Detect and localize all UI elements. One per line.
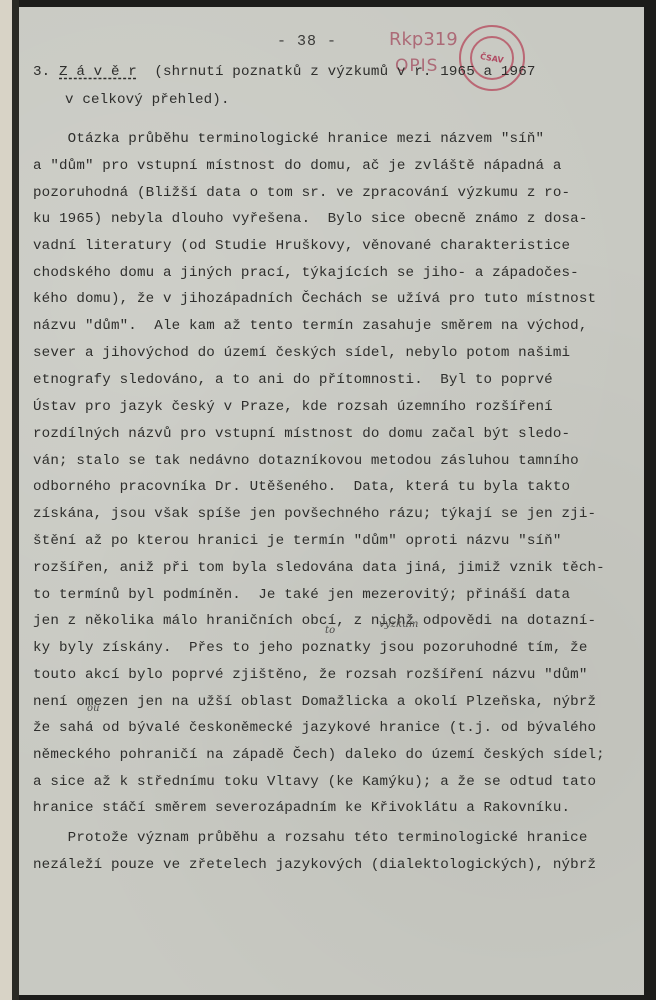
text-line: pozoruhodná (Bližší data o tom sr. ve zp… [33,185,570,201]
handwritten-note: to [325,625,335,636]
text-line: ku 1965) nebyla dlouho vyřešena. Bylo si… [33,211,588,227]
page-number: - 38 - [277,33,337,50]
handwritten-note: ou [87,703,100,714]
text-line: nezáleží pouze ve zřetelech jazykových (… [33,857,596,873]
shelf-mark-stamp: Rkp319 [389,29,458,50]
text-line: kého domu), že v jihozápadních Čechách s… [33,291,596,307]
text-line: Otázka průběhu terminologické hranice me… [33,131,544,147]
text-line: získána, jsou však spíše jen povšechného… [33,506,596,522]
text-line: etnografy sledováno, a to ani do přítomn… [33,372,553,388]
text-line: a sice až k střednímu toku Vltavy (ke Ka… [33,774,596,790]
text-line: ky byly získány. Přes to jeho poznatky j… [33,640,588,656]
text-line: rozdílných názvů pro vstupní místnost do… [33,426,570,442]
text-line: rozšířen, aniž při tom byla sledována da… [33,560,605,576]
text-line: vadní literatury (od Studie Hruškovy, vě… [33,238,570,254]
section-subtitle-1: (shrnutí poznatků z výzkumů v r. 1965 a … [154,64,535,80]
text-line: Ústav pro jazyk český v Praze, kde rozsa… [33,399,553,415]
binder-edge [12,0,19,1000]
text-line: není omezen jen na užší oblast Domažlick… [33,694,596,710]
round-stamp-label: ČSAV [480,52,505,65]
text-line: názvu "dům". Ale kam až tento termín zas… [33,318,588,334]
text-line: německého pohraničí na západě Čech) dale… [33,747,605,763]
text-line: že sahá od bývalé českoněmecké jazykové … [33,720,596,736]
section-title: Z á v ě r [59,64,137,80]
section-heading: 3. Z á v ě r (shrnutí poznatků z výzkumů… [33,64,536,80]
text-line: štění až po kterou hranici je termín "dů… [33,533,562,549]
text-line: ván; stalo se tak nedávno dotazníkovou m… [33,453,579,469]
round-institution-stamp: ČSAV [459,25,525,91]
text-line: chodského domu a jiných prací, týkajícíc… [33,265,579,281]
text-line: hranice stáčí směrem severozápadním ke K… [33,800,570,816]
section-subtitle-2: v celkový přehled). [65,92,230,108]
text-line: Protože význam průběhu a rozsahu této te… [33,830,588,846]
text-line: to termínů byl podmíněn. Je také jen mez… [33,587,570,603]
text-line: sever a jihovýchod do území českých síde… [33,345,570,361]
handwritten-note: výzkum [379,619,418,630]
text-line: touto akcí bylo poprvé zjištěno, že rozs… [33,667,588,683]
typewritten-page: - 38 - Rkp319 OPIS ČSAV 3. Z á v ě r (sh… [19,7,644,995]
text-line: odborného pracovníka Dr. Utěšeného. Data… [33,479,570,495]
section-number: 3. [33,64,50,80]
text-line: a "dům" pro vstupní místnost do domu, ač… [33,158,562,174]
text-line: jen z několika málo hraničních obcí, z n… [33,613,596,629]
binder-strip [0,0,12,1000]
